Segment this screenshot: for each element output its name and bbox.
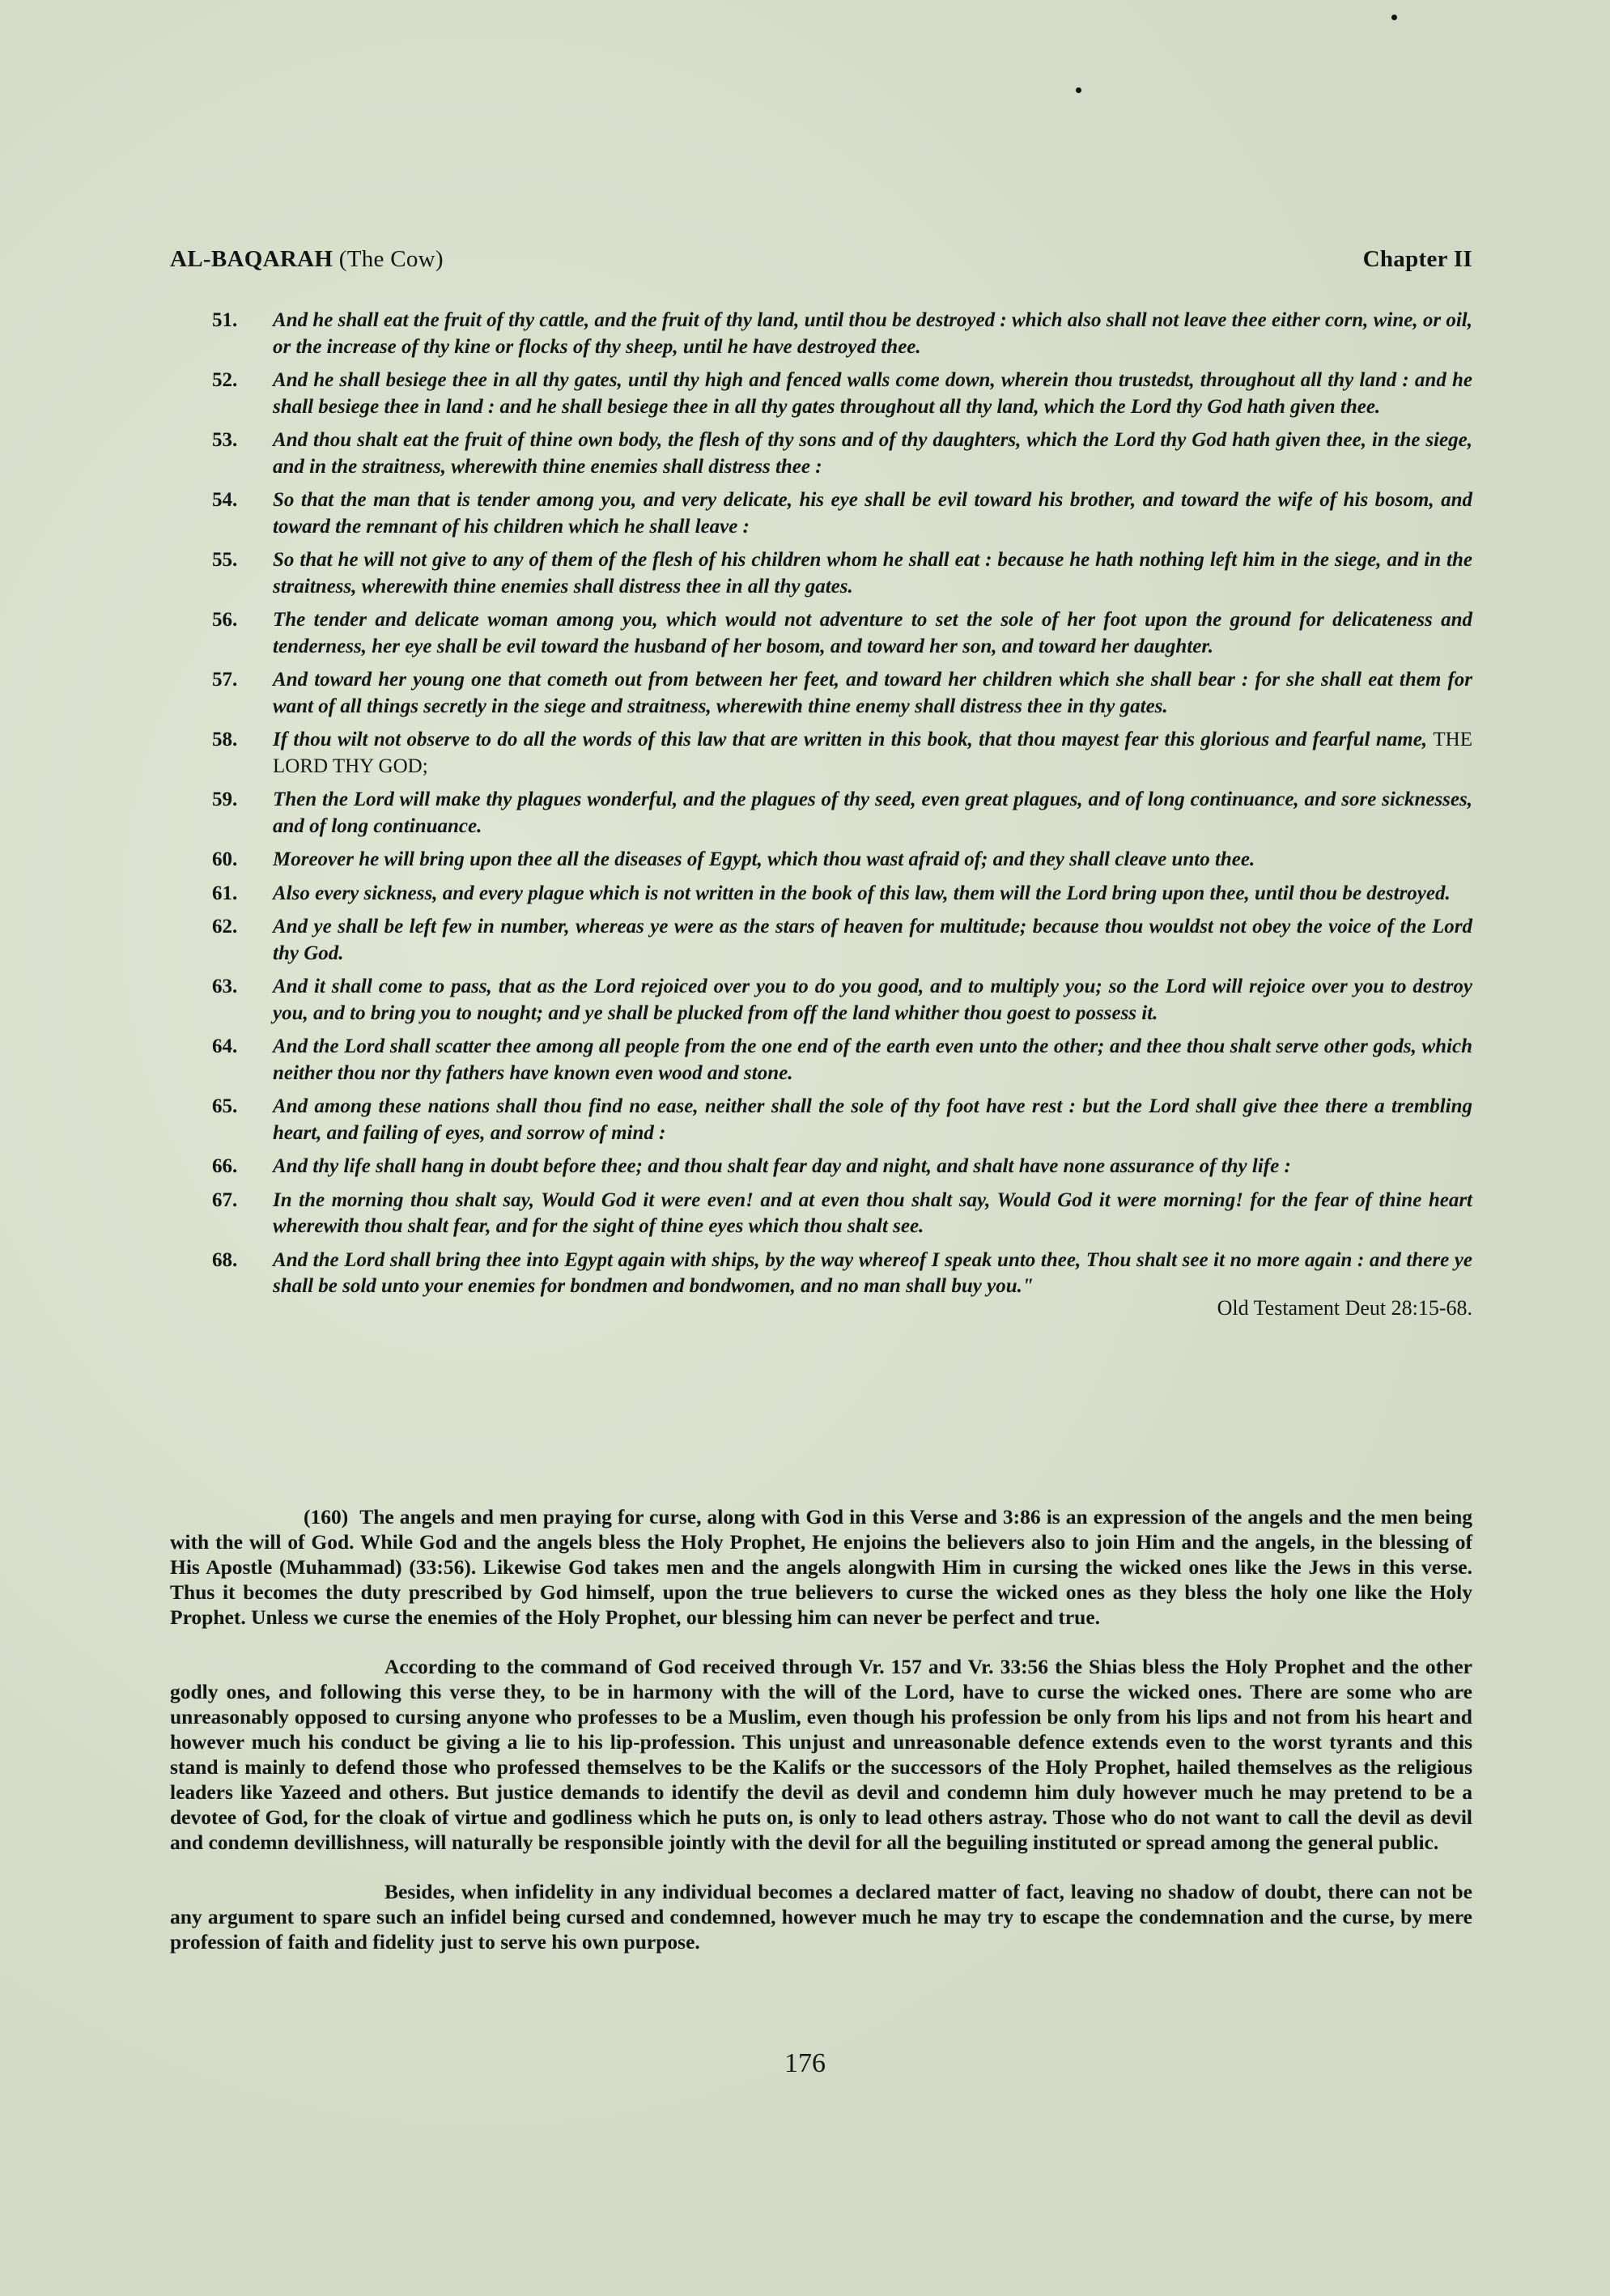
running-head: AL-BAQARAH (The Cow) Chapter II [170,246,1472,273]
verse-text: And thy life shall hang in doubt before … [273,1154,1472,1180]
surah-translation: (The Cow) [339,246,444,272]
verse-number: 67. [212,1188,273,1240]
verse-text: The tender and delicate woman among you,… [273,607,1472,660]
verse-number: 56. [212,607,273,660]
verse-number: 60. [212,847,273,874]
verse-item: 63.And it shall come to pass, that as th… [212,974,1472,1027]
verse-item: 51.And he shall eat the fruit of thy cat… [212,308,1472,360]
verse-text: And he shall eat the fruit of thy cattle… [273,308,1472,360]
verse-text: And among these nations shall thou find … [273,1094,1472,1146]
verse-item: 66.And thy life shall hang in doubt befo… [212,1154,1472,1180]
verse-text: Also every sickness, and every plague wh… [273,881,1472,908]
verse-number: 52. [212,368,273,420]
verse-text: And the Lord shall bring thee into Egypt… [273,1248,1472,1300]
surah-title: AL-BAQARAH (The Cow) [170,246,444,273]
verse-number: 63. [212,974,273,1027]
verse-item: 59.Then the Lord will make thy plagues w… [212,787,1472,840]
commentary-paragraph: (160)The angels and men praying for curs… [170,1504,1472,1630]
ink-speck [1076,87,1081,93]
verse-text: So that the man that is tender among you… [273,487,1472,540]
commentary-paragraph: According to the command of God received… [170,1654,1472,1855]
verse-number: 54. [212,487,273,540]
verse-text: Moreover he will bring upon thee all the… [273,847,1472,874]
verse-item: 68.And the Lord shall bring thee into Eg… [212,1248,1472,1300]
verse-number: 68. [212,1248,273,1300]
verse-item: 55.So that he will not give to any of th… [212,547,1472,600]
verse-number: 66. [212,1154,273,1180]
paragraph-text: The angels and men praying for curse, al… [170,1505,1472,1629]
verse-text: Then the Lord will make thy plagues wond… [273,787,1472,840]
verse-item: 64.And the Lord shall scatter thee among… [212,1034,1472,1086]
verse-item: 56.The tender and delicate woman among y… [212,607,1472,660]
verse-number: 53. [212,427,273,480]
verse-text: And ye shall be left few in number, wher… [273,914,1472,967]
verse-number: 61. [212,881,273,908]
verse-number: 65. [212,1094,273,1146]
verse-list: 51.And he shall eat the fruit of thy cat… [212,308,1472,1321]
verse-text: And toward her young one that cometh out… [273,667,1472,720]
chapter-label: Chapter II [1363,246,1472,273]
verse-number: 64. [212,1034,273,1086]
verse-text: If thou wilt not observe to do all the w… [273,729,1427,750]
verse-number: 57. [212,667,273,720]
verse-number: 58. [212,727,273,780]
note-reference: (160) [304,1505,348,1529]
verse-item: 65.And among these nations shall thou fi… [212,1094,1472,1146]
verse-number: 59. [212,787,273,840]
verse-text: In the morning thou shalt say, Would God… [273,1188,1472,1240]
verse-item: 60.Moreover he will bring upon thee all … [212,847,1472,874]
verse-text-container: If thou wilt not observe to do all the w… [273,727,1472,780]
verse-text: So that he will not give to any of them … [273,547,1472,600]
surah-name: AL-BAQARAH [170,246,333,272]
verse-item: 52.And he shall besiege thee in all thy … [212,368,1472,420]
ink-speck [1391,15,1397,20]
verse-text: And the Lord shall scatter thee among al… [273,1034,1472,1086]
verse-item: 61.Also every sickness, and every plague… [212,881,1472,908]
verse-item: 54.So that the man that is tender among … [212,487,1472,540]
commentary-paragraph: Besides, when infidelity in any individu… [170,1879,1472,1954]
commentary: (160)The angels and men praying for curs… [170,1504,1472,1979]
verse-text: And it shall come to pass, that as the L… [273,974,1472,1027]
verse-item: 53.And thou shalt eat the fruit of thine… [212,427,1472,480]
verse-text: And he shall besiege thee in all thy gat… [273,368,1472,420]
page-number: 176 [0,2048,1610,2079]
verse-item: 62.And ye shall be left few in number, w… [212,914,1472,967]
verse-item: 58.If thou wilt not observe to do all th… [212,727,1472,780]
verse-item: 67.In the morning thou shalt say, Would … [212,1188,1472,1240]
verse-item: 57.And toward her young one that cometh … [212,667,1472,720]
verse-text: And thou shalt eat the fruit of thine ow… [273,427,1472,480]
verse-number: 55. [212,547,273,600]
verse-number: 51. [212,308,273,360]
verse-number: 62. [212,914,273,967]
